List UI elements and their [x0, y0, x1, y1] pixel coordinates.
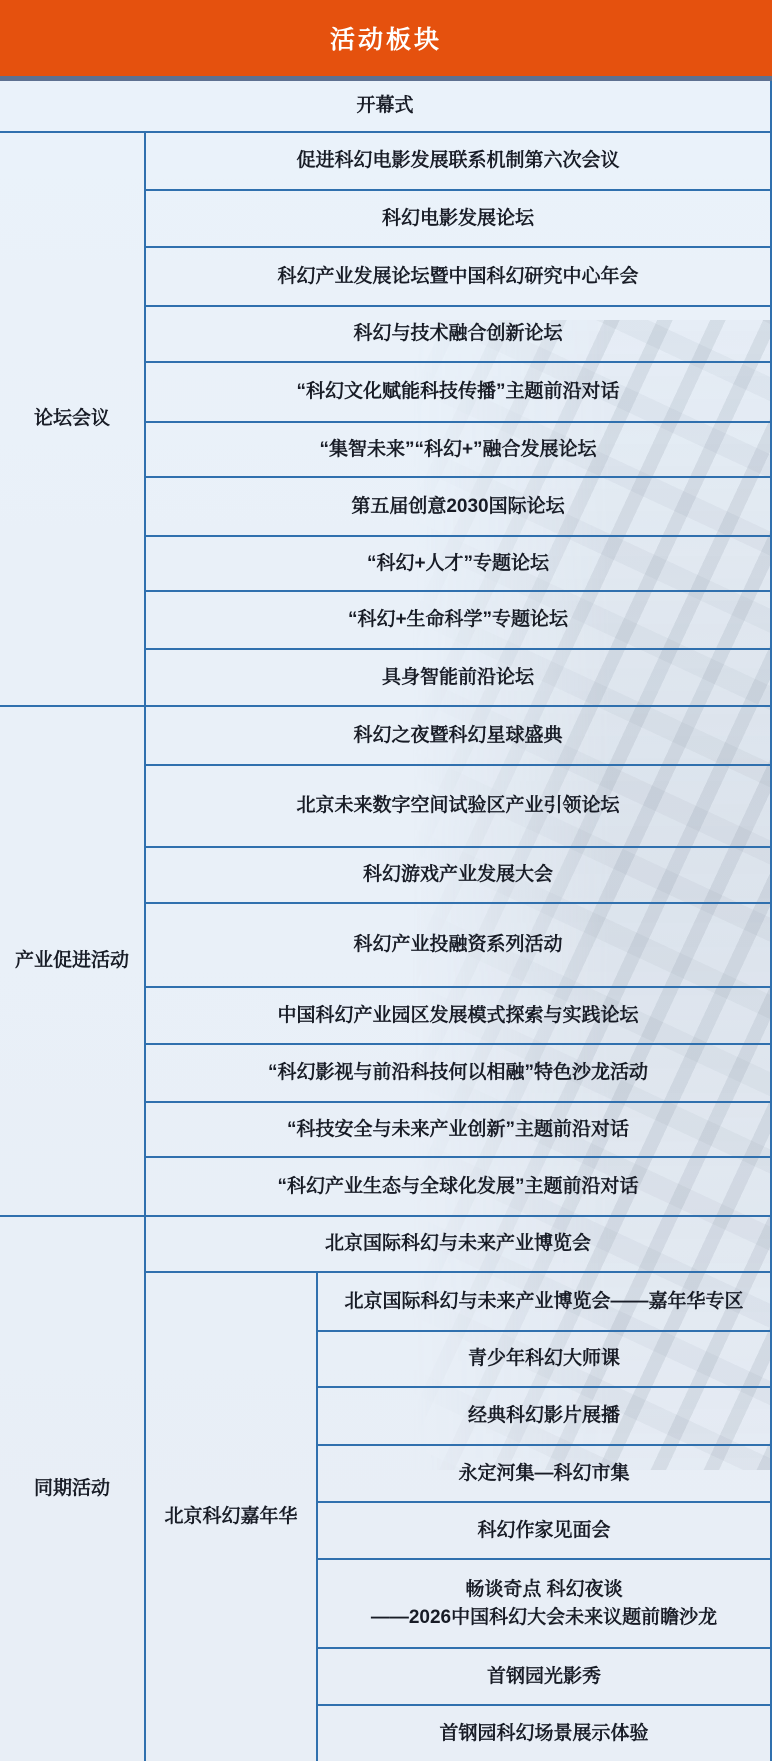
section-category-label: 论坛会议	[0, 133, 146, 705]
event-row: “科幻产业生态与全球化发展”主题前沿对话	[146, 1158, 770, 1215]
carnival-group: 北京科幻嘉年华 北京国际科幻与未来产业博览会——嘉年华专区 青少年科幻大师课 经…	[146, 1273, 770, 1761]
event-row: 科幻作家见面会	[318, 1503, 770, 1560]
event-row: 北京国际科幻与未来产业博览会——嘉年华专区	[318, 1273, 770, 1332]
activity-table: 开幕式 论坛会议 促进科幻电影发展联系机制第六次会议 科幻电影发展论坛 科幻产业…	[0, 81, 772, 1761]
event-row: “集智未来”“科幻+”融合发展论坛	[146, 423, 770, 478]
section-rows: 北京国际科幻与未来产业博览会 北京科幻嘉年华 北京国际科幻与未来产业博览会——嘉…	[146, 1217, 770, 1761]
event-row: 科幻电影发展论坛	[146, 191, 770, 248]
event-row: 科幻产业发展论坛暨中国科幻研究中心年会	[146, 248, 770, 307]
section-rows: 科幻之夜暨科幻星球盛典 北京未来数字空间试验区产业引领论坛 科幻游戏产业发展大会…	[146, 707, 770, 1215]
event-row: 北京未来数字空间试验区产业引领论坛	[146, 766, 770, 848]
section-category-label: 同期活动	[0, 1217, 146, 1761]
event-row: 北京国际科幻与未来产业博览会	[146, 1217, 770, 1273]
event-row: 首钢园光影秀	[318, 1649, 770, 1706]
event-row: “科幻影视与前沿科技何以相融”特色沙龙活动	[146, 1045, 770, 1103]
page-title: 活动板块	[330, 20, 442, 56]
event-row: 具身智能前沿论坛	[146, 650, 770, 705]
section-category-label: 产业促进活动	[0, 707, 146, 1215]
header-bar: 活动板块	[0, 0, 772, 76]
activity-schedule-poster: 活动板块 开幕式 论坛会议 促进科幻电影发展联系机制第六次会议 科幻电影发展论坛…	[0, 0, 772, 1761]
event-row: 中国科幻产业园区发展模式探索与实践论坛	[146, 988, 770, 1045]
event-row: 经典科幻影片展播	[318, 1388, 770, 1446]
carnival-rows: 北京国际科幻与未来产业博览会——嘉年华专区 青少年科幻大师课 经典科幻影片展播 …	[318, 1273, 770, 1761]
event-row: 科幻产业投融资系列活动	[146, 904, 770, 988]
event-row: 科幻游戏产业发展大会	[146, 848, 770, 904]
section-rows: 促进科幻电影发展联系机制第六次会议 科幻电影发展论坛 科幻产业发展论坛暨中国科幻…	[146, 133, 770, 705]
section-forums: 论坛会议 促进科幻电影发展联系机制第六次会议 科幻电影发展论坛 科幻产业发展论坛…	[0, 133, 770, 707]
event-row: 永定河集—科幻市集	[318, 1446, 770, 1503]
event-row: 畅谈奇点 科幻夜谈 ——2026中国科幻大会未来议题前瞻沙龙	[318, 1560, 770, 1649]
event-row: 科幻与技术融合创新论坛	[146, 307, 770, 363]
subcategory-label: 北京科幻嘉年华	[146, 1273, 318, 1761]
opening-ceremony-row: 开幕式	[0, 81, 770, 133]
event-row: 科幻之夜暨科幻星球盛典	[146, 707, 770, 766]
event-row: 促进科幻电影发展联系机制第六次会议	[146, 133, 770, 191]
section-concurrent-activities: 同期活动 北京国际科幻与未来产业博览会 北京科幻嘉年华 北京国际科幻与未来产业博…	[0, 1217, 770, 1761]
event-row: “科技安全与未来产业创新”主题前沿对话	[146, 1103, 770, 1158]
event-row: “科幻+人才”专题论坛	[146, 537, 770, 592]
event-row: “科幻文化赋能科技传播”主题前沿对话	[146, 363, 770, 423]
event-row: “科幻+生命科学”专题论坛	[146, 592, 770, 650]
section-industry-promotion: 产业促进活动 科幻之夜暨科幻星球盛典 北京未来数字空间试验区产业引领论坛 科幻游…	[0, 707, 770, 1217]
event-row: 青少年科幻大师课	[318, 1332, 770, 1388]
event-row: 首钢园科幻场景展示体验	[318, 1706, 770, 1761]
event-row: 第五届创意2030国际论坛	[146, 478, 770, 537]
